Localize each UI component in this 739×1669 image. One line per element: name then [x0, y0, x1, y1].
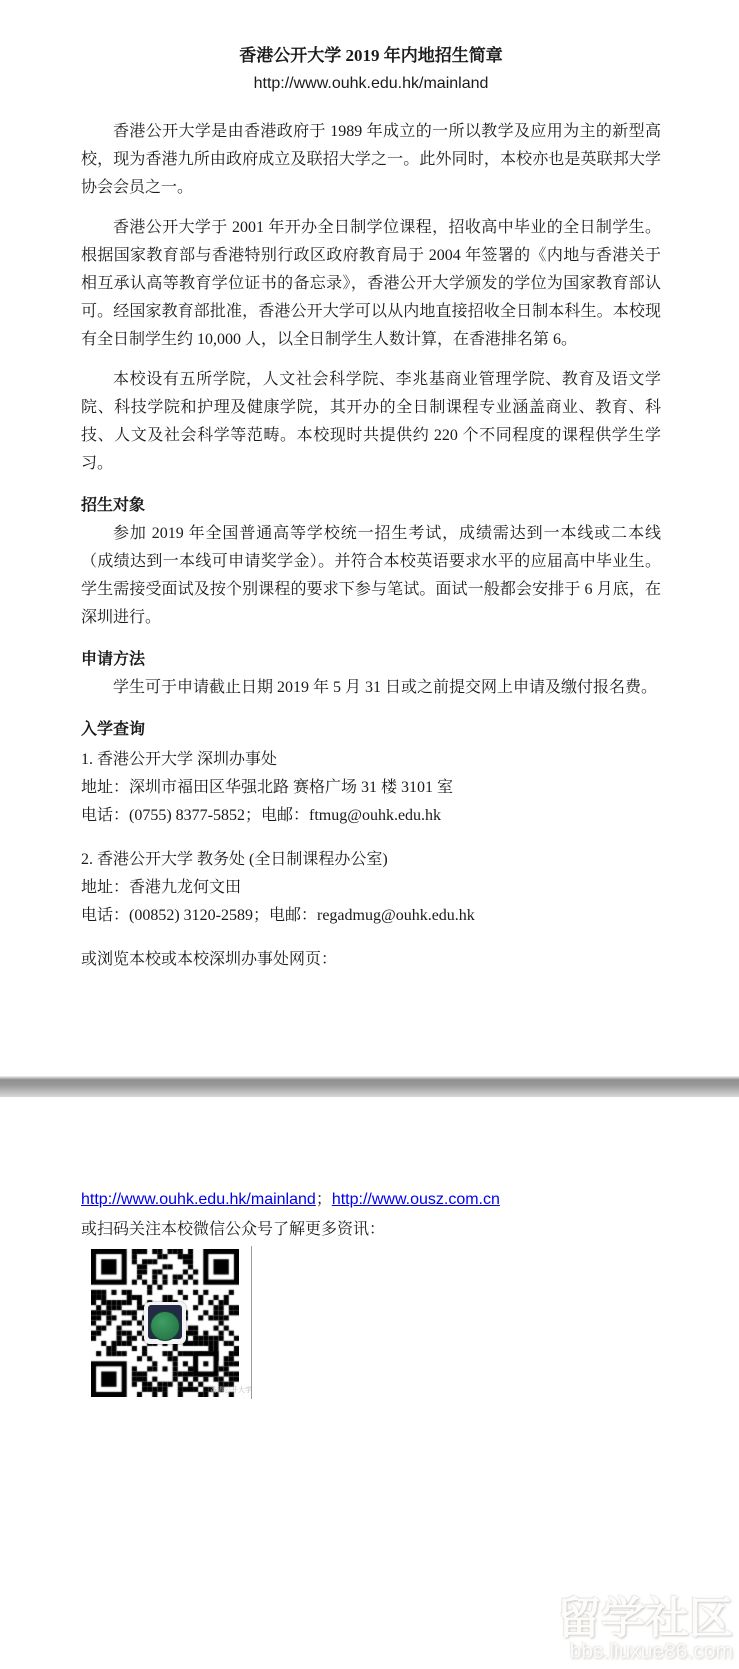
- section-heading-application-method: 申请方法: [81, 646, 661, 674]
- qr-center-logo: [144, 1302, 186, 1344]
- qr-logo-green-circle: [150, 1311, 180, 1341]
- link-separator: ；: [316, 1191, 332, 1208]
- section-heading-admission-target: 招生对象: [81, 492, 661, 520]
- watermark-title: 留学社区: [557, 1597, 733, 1641]
- footer-links-line: http://www.ouhk.edu.hk/mainland；http://w…: [81, 1185, 661, 1215]
- browse-webpages-note: 或浏览本校或本校深圳办事处网页：: [81, 946, 661, 974]
- office-address: 地址：香港九龙何文田: [81, 874, 661, 902]
- office-shenzhen: 1. 香港公开大学 深圳办事处 地址：深圳市福田区华强北路 赛格广场 31 楼 …: [81, 746, 661, 830]
- document-page: 香港公开大学 2019 年内地招生简章 http://www.ouhk.edu.…: [0, 0, 739, 1669]
- page-break-divider: [0, 1076, 739, 1097]
- wechat-qr-code: [91, 1249, 239, 1397]
- link-ouhk-mainland[interactable]: http://www.ouhk.edu.hk/mainland: [81, 1191, 316, 1208]
- watermark-url: bbs.liuxue86.com: [557, 1641, 733, 1663]
- qr-watermark-caption: 香港公开大学: [210, 1387, 252, 1395]
- qr-scan-note: 或扫码关注本校微信公众号了解更多资讯：: [81, 1215, 661, 1245]
- table-cell-border-line: [251, 1246, 252, 1399]
- office-title: 1. 香港公开大学 深圳办事处: [81, 746, 661, 774]
- site-watermark: 留学社区 bbs.liuxue86.com: [557, 1597, 733, 1663]
- history-paragraph: 香港公开大学于 2001 年开办全日制学位课程，招收高中毕业的全日制学生。根据国…: [81, 214, 661, 354]
- main-content-column: 香港公开大学 2019 年内地招生简章 http://www.ouhk.edu.…: [81, 42, 661, 974]
- office-title: 2. 香港公开大学 教务处 (全日制课程办公室): [81, 846, 661, 874]
- office-registry: 2. 香港公开大学 教务处 (全日制课程办公室) 地址：香港九龙何文田 电话：(…: [81, 846, 661, 930]
- admission-target-body: 参加 2019 年全国普通高等学校统一招生考试，成绩需达到一本线或二本线（成绩达…: [81, 520, 661, 632]
- application-method-body: 学生可于申请截止日期 2019 年 5 月 31 日或之前提交网上申请及缴付报名…: [81, 674, 661, 702]
- office-address: 地址：深圳市福田区华强北路 赛格广场 31 楼 3101 室: [81, 774, 661, 802]
- schools-paragraph: 本校设有五所学院，人文社会科学院、李兆基商业管理学院、教育及语文学院、科技学院和…: [81, 366, 661, 478]
- link-ousz[interactable]: http://www.ousz.com.cn: [332, 1191, 500, 1208]
- title-url: http://www.ouhk.edu.hk/mainland: [81, 70, 661, 98]
- footer-block: http://www.ouhk.edu.hk/mainland；http://w…: [81, 1185, 661, 1397]
- intro-paragraph: 香港公开大学是由香港政府于 1989 年成立的一所以教学及应用为主的新型高校，现…: [81, 118, 661, 202]
- office-contact: 电话：(00852) 3120-2589；电邮：regadmug@ouhk.ed…: [81, 902, 661, 930]
- office-contact: 电话：(0755) 8377-5852；电邮：ftmug@ouhk.edu.hk: [81, 802, 661, 830]
- page-title: 香港公开大学 2019 年内地招生简章: [81, 42, 661, 70]
- section-heading-enquiry: 入学查询: [81, 716, 661, 744]
